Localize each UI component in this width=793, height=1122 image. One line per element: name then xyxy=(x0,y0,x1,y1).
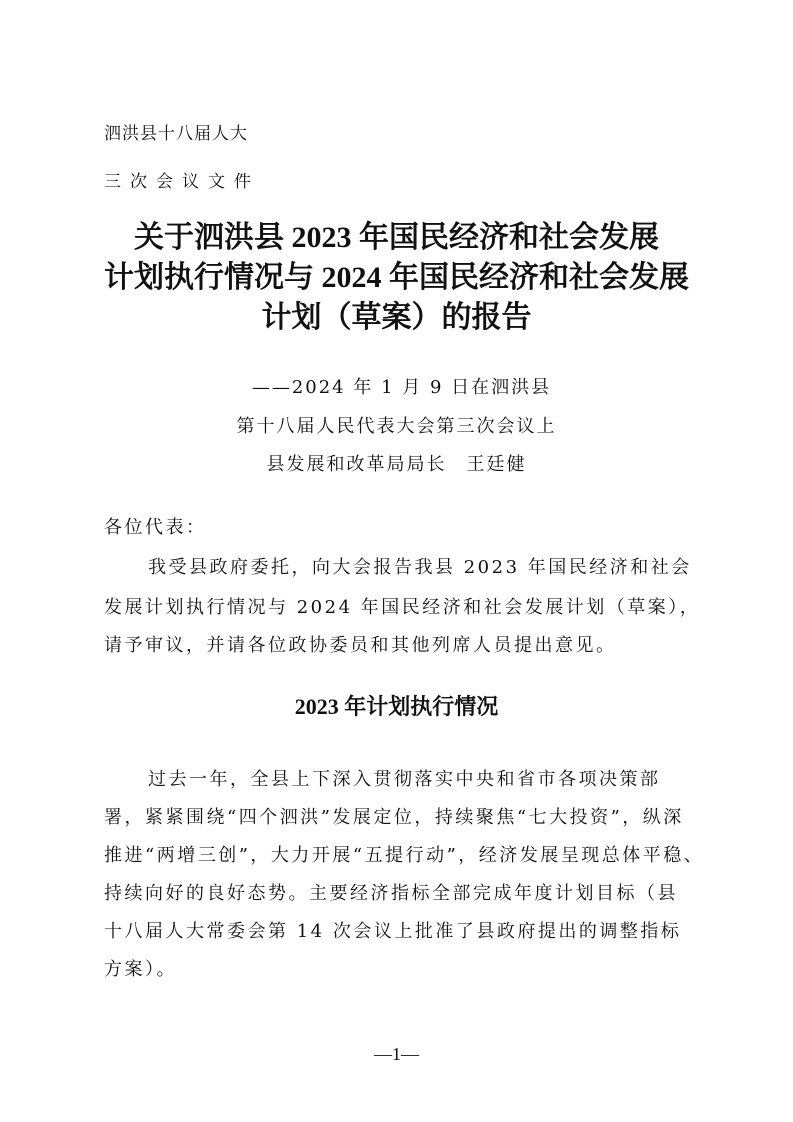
intro-line-1: 我受县政府委托，向大会报告我县 2023 年国民经济和社会 xyxy=(148,556,738,580)
paragraph-line-2: 署，紧紧围绕“四个泗洪”发展定位，持续聚焦“七大投资”，纵深 xyxy=(104,806,694,830)
document-page: 泗洪县十八届人大 三次会议文件 关于泗洪县 2023 年国民经济和社会发展 计划… xyxy=(0,0,793,1122)
section-heading: 2023 年计划执行情况 xyxy=(0,693,793,721)
page-number: —1— xyxy=(0,1043,793,1065)
paragraph-line-4: 持续向好的良好态势。主要经济指标全部完成年度计划目标（县 xyxy=(104,882,694,906)
subtitle-meeting-line: 第十八届人民代表大会第三次会议上 xyxy=(0,415,793,439)
paragraph-line-1: 过去一年，全县上下深入贯彻落实中央和省市各项决策部 xyxy=(148,768,738,792)
salutation: 各位代表： xyxy=(104,516,694,540)
document-category: 三次会议文件 xyxy=(104,172,260,192)
intro-line-3: 请予审议，并请各位政协委员和其他列席人员提出意见。 xyxy=(104,634,694,658)
document-issuer: 泗洪县十八届人大 xyxy=(104,124,248,144)
paragraph-line-3: 推进“两增三创”，大力开展“五提行动”，经济发展呈现总体平稳、 xyxy=(104,844,694,868)
report-title-line-3: 计划（草案）的报告 xyxy=(0,298,793,338)
intro-line-2: 发展计划执行情况与 2024 年国民经济和社会发展计划（草案）， xyxy=(104,596,694,620)
report-title-line-2: 计划执行情况与 2024 年国民经济和社会发展 xyxy=(0,258,793,298)
report-title-line-1: 关于泗洪县 2023 年国民经济和社会发展 xyxy=(0,218,793,258)
subtitle-author-line: 县发展和改革局局长 王廷健 xyxy=(0,453,793,477)
paragraph-line-5: 十八届人大常委会第 14 次会议上批准了县政府提出的调整指标 xyxy=(104,920,694,944)
paragraph-line-6: 方案）。 xyxy=(104,958,694,982)
subtitle-date-line: ——2024 年 1 月 9 日在泗洪县 xyxy=(0,376,793,400)
